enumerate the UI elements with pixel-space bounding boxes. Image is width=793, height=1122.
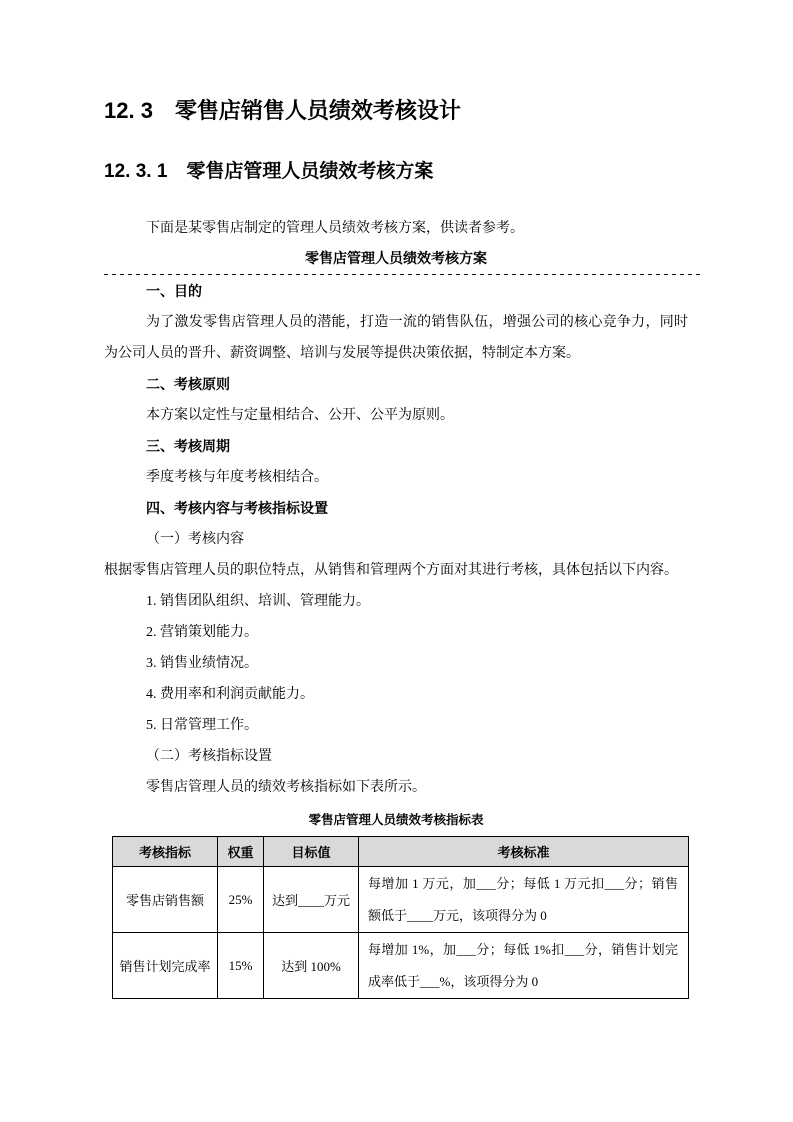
sub-label-indicators: （二）考核指标设置 [104, 741, 688, 772]
list-item: 1. 销售团队组织、培训、管理能力。 [104, 586, 688, 617]
kpi-table-title: 零售店管理人员绩效考核指标表 [104, 811, 688, 829]
table-row: 零售店销售额 25% 达到____万元 每增加 1 万元，加___分；每低 1 … [113, 867, 689, 933]
clause-body-cycle: 季度考核与年度考核相结合。 [104, 462, 688, 493]
clause-body-purpose: 为了激发零售店管理人员的潜能，打造一流的销售队伍，增强公司的核心竞争力，同时为公… [104, 307, 688, 369]
indicator-cell: 零售店销售额 [113, 867, 218, 933]
standard-cell: 每增加 1%，加___分；每低 1%扣___分，销售计划完成率低于___%，该项… [359, 933, 689, 999]
indicator-cell: 销售计划完成率 [113, 933, 218, 999]
header-cell-indicator: 考核指标 [113, 837, 218, 867]
kpi-table: 考核指标 权重 目标值 考核标准 零售店销售额 25% 达到____万元 每增加… [112, 836, 689, 999]
weight-cell: 25% [218, 867, 264, 933]
sub-body-indicators: 零售店管理人员的绩效考核指标如下表所示。 [104, 772, 688, 803]
chapter-heading: 12. 3 零售店销售人员绩效考核设计 [104, 98, 688, 123]
sub-body-content: 根据零售店管理人员的职位特点，从销售和管理两个方面对其进行考核，具体包括以下内容… [104, 555, 688, 586]
section-heading: 12. 3. 1 零售店管理人员绩效考核方案 [104, 161, 688, 183]
standard-cell: 每增加 1 万元，加___分；每低 1 万元扣___分；销售额低于____万元，… [359, 867, 689, 933]
sub-label-content: （一）考核内容 [104, 524, 688, 555]
header-cell-weight: 权重 [218, 837, 264, 867]
document-page: 12. 3 零售店销售人员绩效考核设计 12. 3. 1 零售店管理人员绩效考核… [0, 0, 793, 999]
list-item: 4. 费用率和利润贡献能力。 [104, 679, 688, 710]
list-item: 3. 销售业绩情况。 [104, 648, 688, 679]
clause-body-principles: 本方案以定性与定量相结合、公开、公平为原则。 [104, 400, 688, 431]
clause-heading-cycle: 三、考核周期 [104, 431, 688, 462]
intro-paragraph: 下面是某零售店制定的管理人员绩效考核方案，供读者参考。 [104, 213, 688, 244]
table-row: 销售计划完成率 15% 达到 100% 每增加 1%，加___分；每低 1%扣_… [113, 933, 689, 999]
plan-title: 零售店管理人员绩效考核方案 [104, 244, 688, 272]
target-cell: 达到 100% [264, 933, 359, 999]
header-cell-standard: 考核标准 [359, 837, 689, 867]
dashed-divider [104, 274, 700, 275]
list-item: 2. 营销策划能力。 [104, 617, 688, 648]
header-cell-target: 目标值 [264, 837, 359, 867]
kpi-table-header-row: 考核指标 权重 目标值 考核标准 [113, 837, 689, 867]
clause-heading-purpose: 一、目的 [104, 276, 688, 307]
clause-heading-principles: 二、考核原则 [104, 369, 688, 400]
clause-heading-content: 四、考核内容与考核指标设置 [104, 493, 688, 524]
list-item: 5. 日常管理工作。 [104, 710, 688, 741]
weight-cell: 15% [218, 933, 264, 999]
target-cell: 达到____万元 [264, 867, 359, 933]
